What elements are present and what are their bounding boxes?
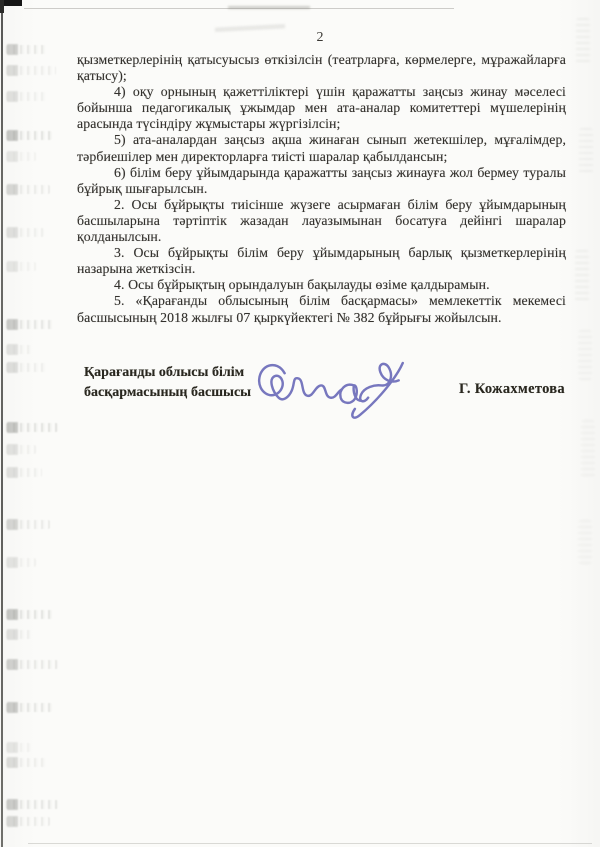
signatory-name: Г. Кожахметова xyxy=(459,381,599,398)
body-paragraph: 4) оқу орнының қажеттіліктері үшін қараж… xyxy=(77,84,566,132)
body-paragraph: 2. Осы бұйрықты тиісінше жүзеге асырмаға… xyxy=(77,197,566,245)
document-body: қызметкерлерінің қатысуысыз өткізілсін (… xyxy=(77,52,566,326)
scan-smudge xyxy=(215,24,285,32)
body-paragraph: 6) білім беру ұйымдарында қаражатты заңс… xyxy=(77,165,566,197)
bleed-through-artifact xyxy=(6,758,46,767)
bleed-through-artifact xyxy=(6,345,32,354)
handwritten-signature-icon xyxy=(248,350,416,428)
scan-corner-mark xyxy=(0,0,4,13)
body-paragraph: 5) ата-аналардан заңсыз ақша жинаған сын… xyxy=(77,132,566,164)
bleed-through-artifact xyxy=(6,660,58,669)
page-number: 2 xyxy=(308,30,332,46)
bleed-through-artifact xyxy=(6,610,54,619)
bleed-through-artifact xyxy=(6,630,34,639)
bleed-through-artifact xyxy=(6,45,48,54)
scan-bottom-line xyxy=(28,843,592,844)
bleed-through-artifact xyxy=(6,185,50,194)
bleed-through-artifact xyxy=(576,18,590,66)
bleed-through-artifact xyxy=(6,92,46,101)
bleed-through-artifact xyxy=(6,800,58,809)
bleed-through-artifact xyxy=(581,420,595,480)
bleed-through-artifact xyxy=(578,520,592,564)
body-paragraph: 4. Осы бұйрықтың орындалуын бақылауды өз… xyxy=(77,277,566,293)
bleed-through-artifact xyxy=(578,330,592,380)
bleed-through-artifact xyxy=(6,423,58,432)
body-paragraph: 5. «Қарағанды облысының білім басқармасы… xyxy=(77,293,566,325)
bleed-through-artifact xyxy=(6,520,50,529)
bleed-through-artifact xyxy=(6,703,52,712)
bleed-through-artifact xyxy=(6,131,52,140)
bleed-through-artifact xyxy=(6,817,50,826)
bleed-through-artifact xyxy=(6,152,36,161)
bleed-through-artifact xyxy=(575,250,589,302)
bleed-through-artifact xyxy=(6,363,46,372)
scan-smudge xyxy=(228,6,310,9)
body-paragraph: қызметкерлерінің қатысуысыз өткізілсін (… xyxy=(77,52,566,84)
bleed-through-artifact xyxy=(579,128,593,174)
scan-edge-strip xyxy=(1,0,3,847)
bleed-through-artifact xyxy=(6,558,36,567)
bleed-through-artifact xyxy=(6,468,42,477)
scanned-document-page: 2 қызметкерлерінің қатысуысыз өткізілсін… xyxy=(0,0,600,847)
bleed-through-artifact xyxy=(6,445,36,454)
body-paragraph: 3. Осы бұйрықты білім беру ұйымдарының б… xyxy=(77,245,566,277)
bleed-through-artifact xyxy=(6,743,32,752)
bleed-through-artifact xyxy=(6,262,36,271)
bleed-through-artifact xyxy=(6,320,54,329)
bleed-through-artifact xyxy=(6,228,44,237)
bleed-through-artifact xyxy=(6,66,56,75)
